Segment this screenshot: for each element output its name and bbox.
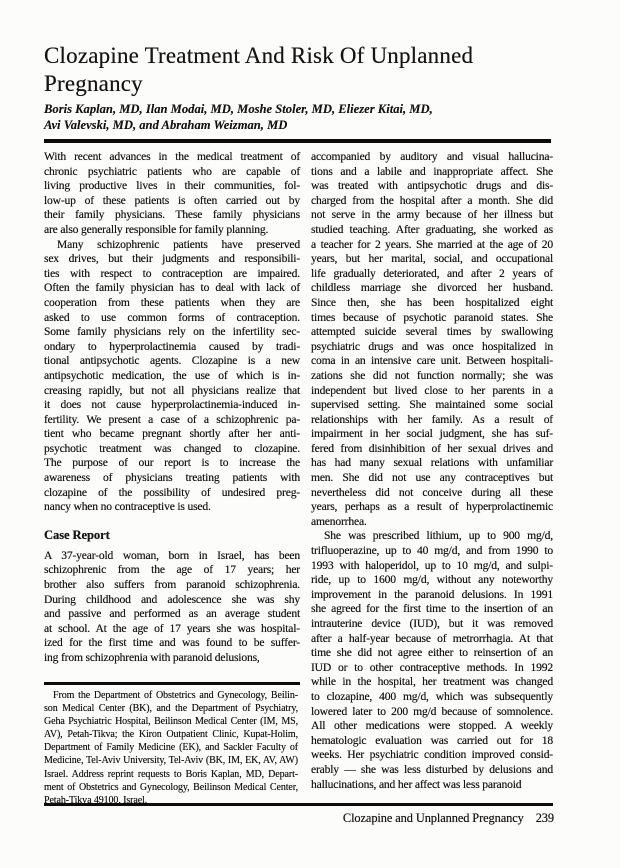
paragraph: With recent advances in the medical trea… <box>44 150 300 238</box>
text-line: cooperation from these patients when the… <box>44 296 300 311</box>
text-line: she agreed for the first time to the ins… <box>311 602 553 617</box>
text-line: impairment in her social judgment, she h… <box>311 427 553 442</box>
affiliation-footnote: From the Department of Obstetrics and Gy… <box>44 689 298 807</box>
text-line: are also generally responsible for famil… <box>44 223 300 238</box>
text-line: antipsychotic medication, the use of whi… <box>44 369 300 384</box>
text-line: it does not cause hyperprolactinemia-ind… <box>44 398 300 413</box>
section-heading: Case Report <box>44 528 300 543</box>
author-byline-line: Boris Kaplan, MD, Ilan Modai, MD, Moshe … <box>44 102 554 118</box>
footnote-line: AV), Petah-Tikva; the Kiron Outpatient C… <box>44 728 298 741</box>
article-title-line: Pregnancy <box>44 70 554 98</box>
text-line: Many schizophrenic patients have preserv… <box>44 238 300 253</box>
text-line: life gradually deteriorated, and after 2… <box>311 267 553 282</box>
text-line: charged from the hospital after a month.… <box>311 194 553 209</box>
header-divider-rule <box>44 139 551 143</box>
text-line: relationships with her family. As a resu… <box>311 413 553 428</box>
text-line: ride, up to 1600 mg/d, without any notew… <box>311 573 553 588</box>
text-line: erably — she was less disturbed by delus… <box>311 763 553 778</box>
text-line: All other medications were stopped. A we… <box>311 719 553 734</box>
text-line: ondary to hyperprolactinemia caused by t… <box>44 340 300 355</box>
text-line: time she did not agree either to reinser… <box>311 646 553 661</box>
paragraph: A 37-year-old woman, born in Israel, has… <box>44 549 300 666</box>
text-line: She was prescribed lithium, up to 900 mg… <box>311 529 553 544</box>
text-line: tional antipsychotic agents. Clozapine i… <box>44 354 300 369</box>
footnote-line: From the Department of Obstetrics and Gy… <box>44 689 298 702</box>
page-number: 239 <box>536 811 554 826</box>
paragraph: She was prescribed lithium, up to 900 mg… <box>311 529 553 792</box>
paragraph: Many schizophrenic patients have preserv… <box>44 238 300 515</box>
text-line: psychiatric drugs and was once hospitali… <box>311 340 553 355</box>
article-title-line: Clozapine Treatment And Risk Of Unplanne… <box>44 42 554 70</box>
footnote-line: son Medical Center (BK), and the Departm… <box>44 702 298 715</box>
text-line: years, perhaps as a result of hyperprola… <box>311 500 553 515</box>
text-line: During childhood and adolescence she was… <box>44 593 300 608</box>
text-line: sex drives, but their judgments and resp… <box>44 252 300 267</box>
text-line: Often the family physician has to deal w… <box>44 281 300 296</box>
text-line: amenorrhea. <box>311 515 553 530</box>
text-line: tions and a labile and inappropriate aff… <box>311 165 553 180</box>
text-line: lowered later to 200 mg/d because of som… <box>311 705 553 720</box>
footnote-line: Medicine, Tel-Aviv University, Tel-Aviv … <box>44 754 298 767</box>
text-line: living productive lives in their communi… <box>44 179 300 194</box>
text-line: at school. At the age of 17 years she wa… <box>44 622 300 637</box>
text-line: to clozapine, 400 mg/d, which was subseq… <box>311 690 553 705</box>
footnote-line: ment of Obstetrics and Gynecology, Beili… <box>44 781 298 794</box>
journal-article-page: Clozapine Treatment And Risk Of Unplanne… <box>0 0 620 868</box>
text-line: weeks. Her psychiatric condition improve… <box>311 748 553 763</box>
text-line: after a half-year because of metrorrhagi… <box>311 632 553 647</box>
text-line: accompanied by auditory and visual hallu… <box>311 150 553 165</box>
text-line: intrauterine device (IUD), but it was re… <box>311 617 553 632</box>
text-line: attempted suicide several times by swall… <box>311 325 553 340</box>
text-line: has had many sexual relations with unfam… <box>311 456 553 471</box>
text-line: not serve in the army because of her ill… <box>311 208 553 223</box>
text-line: supervised setting. She maintained some … <box>311 398 553 413</box>
text-line: fered from disinhibition of her sexual d… <box>311 442 553 457</box>
text-line: hematologic evaluation was carried out f… <box>311 734 553 749</box>
author-byline-line: Avi Valevski, MD, and Abraham Weizman, M… <box>44 118 554 134</box>
text-line: creasing rapidly, but not all physicians… <box>44 384 300 399</box>
text-line: Some family physicians rely on the infer… <box>44 325 300 340</box>
text-line: independent but lived close to her paren… <box>311 384 553 399</box>
text-line: Since then, she has been hospitalized ei… <box>311 296 553 311</box>
running-title: Clozapine and Unplanned Pregnancy <box>343 811 524 826</box>
footnote-line: Geha Psychiatric Hospital, Beilinson Med… <box>44 715 298 728</box>
text-line: 1993 with haloperidol, up to 10 mg/d, an… <box>311 559 553 574</box>
text-line: low-up of these patients is often carrie… <box>44 194 300 209</box>
text-line: times because of psychotic paranoid stat… <box>311 311 553 326</box>
text-line: tient who became pregnant shortly after … <box>44 427 300 442</box>
footer-divider-rule <box>44 803 553 806</box>
text-line: psychotic treatment was changed to cloza… <box>44 442 300 457</box>
text-line: ties with respect to contraception are i… <box>44 267 300 282</box>
text-line: ing from schizophrenia with paranoid del… <box>44 651 300 666</box>
text-line: IUD or to other contraceptive methods. I… <box>311 661 553 676</box>
text-line: improvement in the paranoid delusions. I… <box>311 588 553 603</box>
text-line: while in the hospital, her treatment was… <box>311 675 553 690</box>
article-title: Clozapine Treatment And Risk Of Unplanne… <box>44 42 554 97</box>
text-line: studied teaching. After graduating, she … <box>311 223 553 238</box>
text-line: fertility. We present a case of a schizo… <box>44 413 300 428</box>
text-line: ized for the first time and was found to… <box>44 636 300 651</box>
paragraph: accompanied by auditory and visual hallu… <box>311 150 553 529</box>
text-line: and passive and performed as an average … <box>44 607 300 622</box>
text-line: coma in an intensive care unit. Between … <box>311 354 553 369</box>
text-line: chronic psychiatric patients who are cap… <box>44 165 300 180</box>
text-line: With recent advances in the medical trea… <box>44 150 300 165</box>
footnote-line: Department of Family Medicine (EK), and … <box>44 741 298 754</box>
text-line: A 37-year-old woman, born in Israel, has… <box>44 549 300 564</box>
text-line: asked to use common forms of contracepti… <box>44 311 300 326</box>
text-line: their family physicians. These family ph… <box>44 208 300 223</box>
text-line: childless marriage she divorced her husb… <box>311 281 553 296</box>
text-line: brother also suffers from paranoid schiz… <box>44 578 300 593</box>
text-line: The purpose of our report is to increase… <box>44 456 300 471</box>
text-line: a teacher for 2 years. She married at th… <box>311 238 553 253</box>
author-byline: Boris Kaplan, MD, Ilan Modai, MD, Moshe … <box>44 102 554 133</box>
text-line: schizophrenic from the age of 17 years; … <box>44 563 300 578</box>
text-line: years, but her marital, social, and occu… <box>311 252 553 267</box>
footnote-line: Israel. Address reprint requests to Bori… <box>44 768 298 781</box>
text-line: was treated with antipsychotic drugs and… <box>311 179 553 194</box>
text-line: awareness of physicians treating patient… <box>44 471 300 486</box>
text-line: trifluoperazine, up to 40 mg/d, and from… <box>311 544 553 559</box>
text-line: nancy when no contraceptive is used. <box>44 500 300 515</box>
text-line: clozapine of the possibility of undesire… <box>44 486 300 501</box>
running-footer: Clozapine and Unplanned Pregnancy 239 <box>343 811 554 826</box>
text-line: zations she did not function normally; s… <box>311 369 553 384</box>
text-line: nevertheless did not conceive during all… <box>311 486 553 501</box>
right-column: accompanied by auditory and visual hallu… <box>311 150 553 792</box>
left-column: With recent advances in the medical trea… <box>44 150 300 666</box>
text-line: men. She did not use any contraceptives … <box>311 471 553 486</box>
text-line: hallucinations, and her affect was less … <box>311 778 553 793</box>
footnote-divider-rule <box>44 682 300 685</box>
